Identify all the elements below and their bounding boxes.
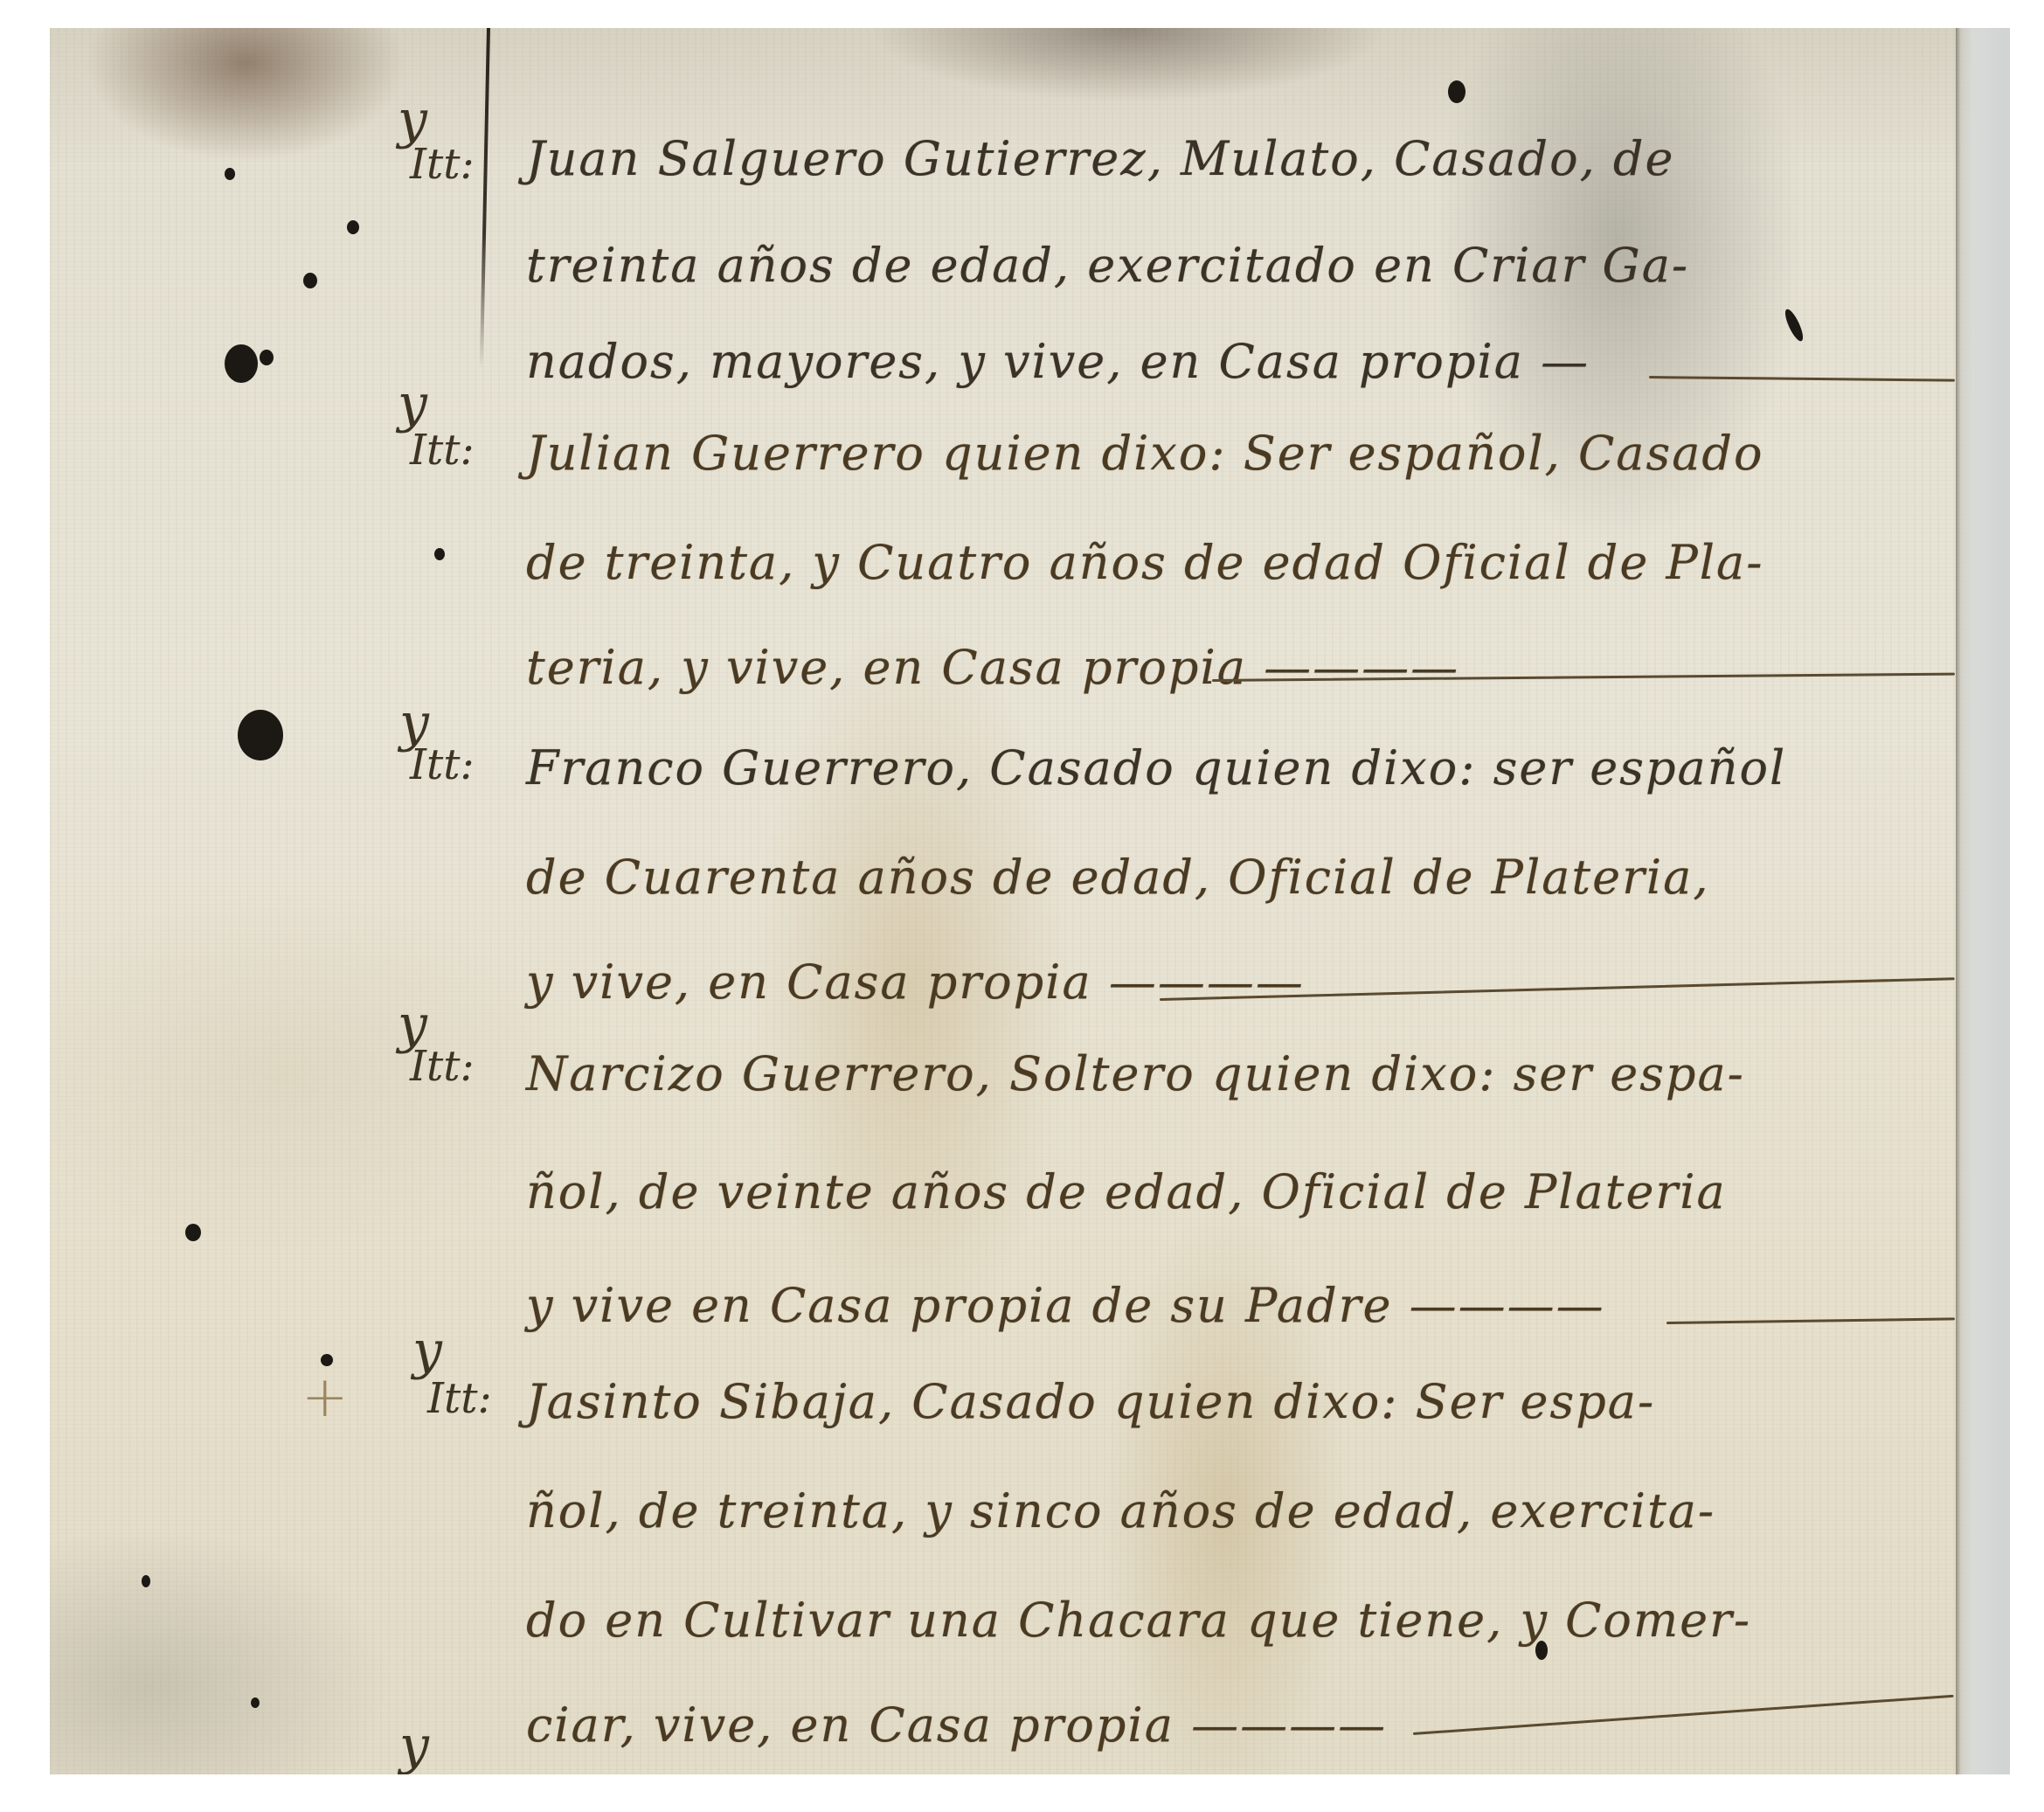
manuscript-line: ñol, de veinte años de edad, Oficial de … [526, 1164, 1727, 1219]
margin-mark-item: Itt: [410, 140, 475, 189]
rule-off-line [1649, 376, 1955, 382]
manuscript-line: Narcizo Guerrero, Soltero quien dixo: se… [526, 1046, 1745, 1101]
manuscript-line: de treinta, y Cuatro años de edad Oficia… [526, 535, 1764, 590]
page-fold [1956, 28, 2010, 1774]
ink-blot [238, 710, 283, 760]
manuscript-line: ciar, vive, en Casa propia ———— [526, 1697, 1387, 1753]
margin-rule-line [480, 28, 490, 369]
margin-mark-item: Itt: [410, 740, 475, 789]
rule-off-line [1666, 1317, 1955, 1324]
manuscript-line: de Cuarenta años de edad, Oficial de Pla… [526, 850, 1710, 905]
ink-blot [347, 220, 359, 234]
manuscript-line: Franco Guerrero, Casado quien dixo: ser … [526, 740, 1786, 795]
manuscript-line: Juan Salguero Gutierrez, Mulato, Casado,… [526, 131, 1674, 186]
manuscript-line: do en Cultivar una Chacara que tiene, y … [526, 1593, 1751, 1648]
margin-mark-item: Itt: [427, 1374, 492, 1423]
ink-blot [321, 1354, 333, 1366]
ink-blot [260, 350, 274, 365]
manuscript-line: Jasinto Sibaja, Casado quien dixo: Ser e… [526, 1374, 1655, 1429]
manuscript-line: Julian Guerrero quien dixo: Ser español,… [526, 426, 1763, 481]
manuscript-line: nados, mayores, y vive, en Casa propia — [526, 334, 1590, 389]
rule-off-line [1413, 1695, 1954, 1735]
ink-blot [225, 168, 235, 180]
margin-mark-item: Itt: [410, 426, 475, 475]
ink-blot [303, 273, 317, 288]
manuscript-line: treinta años de edad, exercitado en Cria… [526, 238, 1689, 293]
ink-blot [185, 1224, 201, 1241]
manuscript-photo: y Itt: Juan Salguero Gutierrez, Mulato, … [50, 28, 2010, 1774]
ink-blot [142, 1575, 150, 1587]
ink-blot [1448, 80, 1465, 103]
manuscript-line: teria, y vive, en Casa propia ———— [526, 640, 1459, 695]
cross-mark: + [301, 1365, 349, 1430]
ink-blot [251, 1697, 260, 1708]
ink-blot [1782, 307, 1806, 343]
margin-mark-item: Itt: [410, 1042, 475, 1091]
manuscript-line: y vive, en Casa propia ———— [526, 955, 1305, 1010]
margin-mark-y: y [399, 1715, 429, 1774]
manuscript-line: y vive en Casa propia de su Padre ———— [526, 1278, 1605, 1333]
ink-blot [434, 548, 445, 560]
margin-mark-y: y [412, 1320, 442, 1381]
ink-blot [225, 344, 258, 383]
manuscript-line: ñol, de treinta, y sinco años de edad, e… [526, 1483, 1715, 1538]
